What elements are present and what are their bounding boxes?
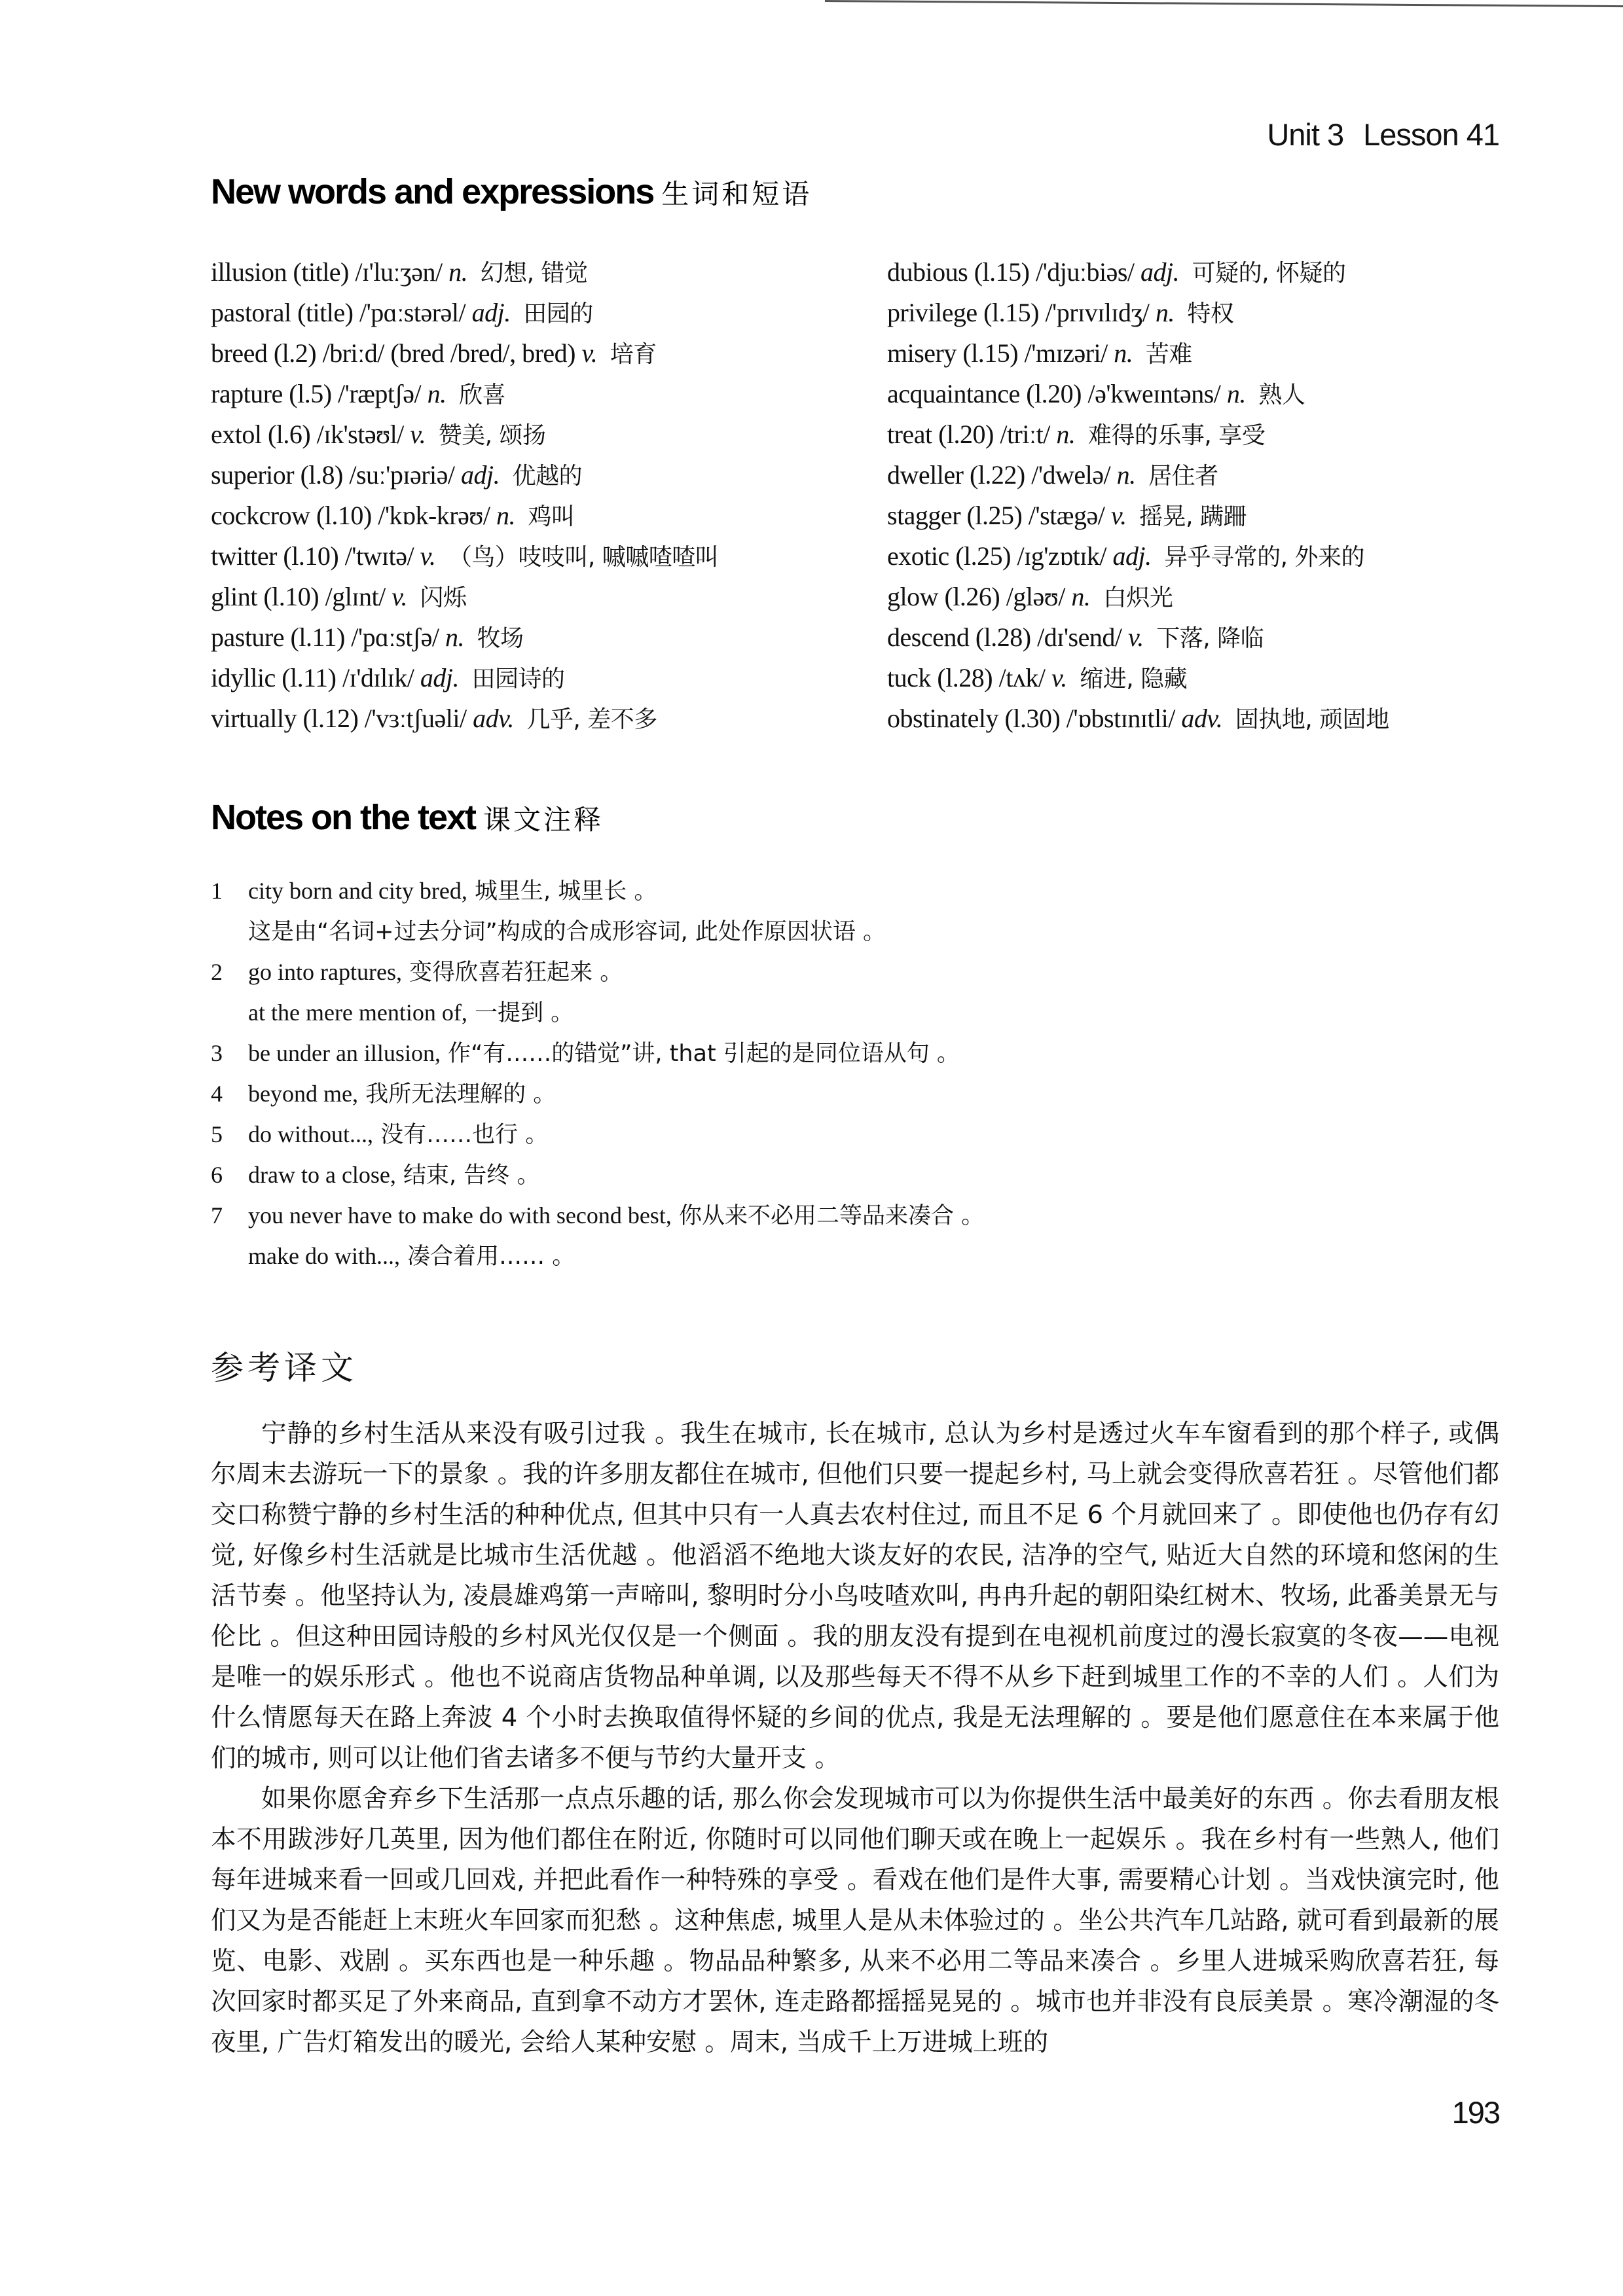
vocab-pronunciation: /briːd/ (bred /bred/, bred) (323, 338, 575, 368)
vocab-line-ref: (l.11) (291, 622, 345, 652)
vocab-word: glow (887, 582, 938, 611)
note-number: 3 (211, 1033, 230, 1073)
vocab-line-ref: (l.15) (962, 338, 1018, 368)
note-number: 2 (211, 952, 230, 992)
vocab-pronunciation: /ɪg'zɒtɪk/ (1017, 541, 1106, 571)
vocab-part-of-speech: n. (1117, 460, 1136, 490)
vocab-word: virtually (211, 704, 297, 733)
vocab-word: twitter (211, 541, 277, 571)
vocab-meaning: 闪烁 (420, 584, 466, 611)
vocab-meaning: 熟人 (1258, 382, 1305, 408)
vocab-part-of-speech: adv. (473, 704, 514, 733)
note-explanation-zh: 城里生, 城里长 。 (467, 878, 657, 905)
vocab-meaning: 下落, 降临 (1156, 625, 1264, 652)
vocab-word: obstinately (887, 704, 998, 733)
vocab-part-of-speech: adj. (420, 663, 459, 692)
vocab-pronunciation: /'mɪzəri/ (1025, 338, 1108, 368)
note-phrase-en: do without..., (248, 1121, 373, 1147)
notes-heading: Notes on the text课文注释 (211, 797, 604, 838)
notes-title: Notes on the text (211, 798, 475, 837)
vocab-pronunciation: /ə'kweɪntəns/ (1088, 379, 1221, 408)
note-text: go into raptures, 变得欣喜若狂起来 。 (248, 952, 623, 993)
note-phrase-en: be under an illusion, (248, 1040, 441, 1066)
note-explanation-zh: 变得欣喜若狂起来 。 (402, 960, 623, 986)
vocab-pronunciation: /dɪ'send/ (1037, 622, 1122, 652)
vocab-part-of-speech: adj. (1112, 541, 1151, 571)
vocab-meaning: 摇晃, 蹒跚 (1139, 503, 1247, 530)
note-explanation-zh: 结束, 告终 。 (396, 1162, 540, 1189)
note-text: be under an illusion, 作“有……的错觉”讲, that 引… (248, 1033, 960, 1074)
vocab-pronunciation: /'pɑːstərəl/ (359, 298, 465, 327)
vocab-line-ref: (l.6) (268, 420, 310, 449)
vocab-pronunciation: /'twɪtə/ (345, 541, 414, 571)
note-text: 这是由“名词+过去分词”构成的合成形容词, 此处作原因状语 。 (248, 911, 886, 952)
note-number: 7 (211, 1195, 230, 1236)
vocab-line-ref: (l.15) (983, 298, 1039, 327)
note-text: make do with..., 凑合着用…… 。 (248, 1236, 575, 1277)
vocab-entry: glint (l.10) /glɪnt/ v. 闪烁 (211, 577, 718, 617)
vocab-part-of-speech: adj. (472, 298, 511, 327)
translation-heading: 参考译文 (211, 1342, 357, 1389)
vocab-meaning: 鸡叫 (528, 503, 574, 530)
vocab-word: extol (211, 420, 261, 449)
vocab-word: descend (887, 622, 969, 652)
vocab-word: dweller (887, 460, 963, 490)
vocab-entry: obstinately (l.30) /'ɒbstɪnɪtli/ adv. 固执… (887, 698, 1389, 739)
vocab-word: acquaintance (887, 379, 1020, 408)
note-explanation-zh: 凑合着用…… 。 (400, 1244, 575, 1270)
vocab-part-of-speech: adj. (461, 460, 500, 490)
vocab-part-of-speech: n. (1056, 420, 1075, 449)
vocab-entry: acquaintance (l.20) /ə'kweɪntəns/ n. 熟人 (887, 374, 1389, 414)
vocab-part-of-speech: adj. (1140, 257, 1179, 287)
vocab-meaning: 难得的乐事, 享受 (1088, 422, 1265, 449)
vocab-meaning: 白炽光 (1103, 584, 1173, 611)
vocab-entry: superior (l.8) /suː'pɪəriə/ adj. 优越的 (211, 455, 718, 495)
vocab-pronunciation: /ɪ'luːʒən/ (355, 257, 442, 287)
new-words-title: New words and expressions (211, 172, 653, 211)
note-phrase-en: make do with..., (248, 1243, 400, 1269)
note-phrase-en: draw to a close, (248, 1162, 396, 1188)
vocab-line-ref: (l.26) (945, 582, 1000, 611)
unit-label: Unit 3 (1267, 117, 1343, 152)
vocab-meaning: 赞美, 颂扬 (439, 422, 546, 449)
note-explanation-zh: 你从来不必用二等品来凑合 。 (672, 1203, 984, 1229)
vocab-part-of-speech: n. (1156, 298, 1175, 327)
vocab-line-ref: (title) (297, 298, 353, 327)
vocab-entry: tuck (l.28) /tʌk/ v. 缩进, 隐藏 (887, 658, 1389, 698)
vocab-pronunciation: /'vɜːtʃuəli/ (365, 704, 467, 733)
note-number: 6 (211, 1155, 230, 1195)
vocab-entry: misery (l.15) /'mɪzəri/ n. 苦难 (887, 333, 1389, 374)
translation-body: 宁静的乡村生活从来没有吸引过我 。我生在城市, 长在城市, 总认为乡村是透过火车… (211, 1414, 1499, 2063)
lesson-label: Lesson 41 (1363, 117, 1499, 152)
vocab-pronunciation: /'kɒk-krəʊ/ (378, 501, 490, 530)
vocab-pronunciation: /'prɪvɪlɪdʒ/ (1045, 298, 1149, 327)
vocab-entry: extol (l.6) /ɪk'stəʊl/ v. 赞美, 颂扬 (211, 414, 718, 455)
translation-paragraph: 宁静的乡村生活从来没有吸引过我 。我生在城市, 长在城市, 总认为乡村是透过火车… (211, 1414, 1499, 1779)
vocab-pronunciation: /triːt/ (1000, 420, 1050, 449)
vocab-line-ref: (title) (293, 257, 349, 287)
vocab-line-ref: (l.10) (316, 501, 372, 530)
vocab-word: idyllic (211, 663, 276, 692)
vocab-part-of-speech: v. (581, 338, 597, 368)
vocab-word: tuck (887, 663, 931, 692)
vocab-entry: breed (l.2) /briːd/ (bred /bred/, bred) … (211, 333, 718, 374)
note-number: 1 (211, 870, 230, 911)
vocab-entry: idyllic (l.11) /ɪ'dɪlɪk/ adj. 田园诗的 (211, 658, 718, 698)
vocab-meaning: 特权 (1187, 300, 1233, 327)
vocab-meaning: 可疑的, 怀疑的 (1192, 260, 1346, 287)
vocab-meaning: 固执地, 顽固地 (1235, 706, 1389, 733)
vocab-meaning: 几乎, 差不多 (526, 706, 657, 733)
vocab-pronunciation: /'djuːbiəs/ (1036, 257, 1135, 287)
note-number: 5 (211, 1114, 230, 1155)
note-text: do without..., 没有……也行 。 (248, 1114, 548, 1155)
vocab-part-of-speech: n. (1227, 379, 1246, 408)
note-explanation-zh: 我所无法理解的 。 (358, 1081, 556, 1107)
translation-paragraph: 如果你愿舍弃乡下生活那一点点乐趣的话, 那么你会发现城市可以为你提供生活中最美好… (211, 1779, 1499, 2063)
note-phrase-en: you never have to make do with second be… (248, 1202, 672, 1229)
vocab-line-ref: (l.5) (289, 379, 331, 408)
vocab-entry: descend (l.28) /dɪ'send/ v. 下落, 降临 (887, 617, 1389, 658)
page-number: 193 (1452, 2094, 1499, 2130)
vocab-entry: dweller (l.22) /'dwelə/ n. 居住者 (887, 455, 1389, 495)
vocab-word: pastoral (211, 298, 291, 327)
vocab-word: superior (211, 460, 294, 490)
note-explanation-zh: 没有……也行 。 (373, 1122, 548, 1148)
vocab-word: pasture (211, 622, 284, 652)
vocab-entry: pasture (l.11) /'pɑːstʃə/ n. 牧场 (211, 617, 718, 658)
vocab-entry: treat (l.20) /triːt/ n. 难得的乐事, 享受 (887, 414, 1389, 455)
vocab-word: illusion (211, 257, 287, 287)
vocab-entry: privilege (l.15) /'prɪvɪlɪdʒ/ n. 特权 (887, 293, 1389, 333)
note-explanation-zh: 作“有……的错觉”讲, that 引起的是同位语从句 。 (441, 1041, 960, 1067)
vocab-entry: exotic (l.25) /ɪg'zɒtɪk/ adj. 异乎寻常的, 外来的 (887, 536, 1389, 577)
note-text: city born and city bred, 城里生, 城里长 。 (248, 870, 657, 912)
vocab-word: misery (887, 338, 957, 368)
vocab-line-ref: (l.20) (938, 420, 994, 449)
vocab-list-left: illusion (title) /ɪ'luːʒən/ n. 幻想, 错觉pas… (211, 252, 718, 739)
vocab-word: rapture (211, 379, 283, 408)
vocab-pronunciation: /tʌk/ (999, 663, 1046, 692)
vocab-part-of-speech: v. (392, 582, 407, 611)
vocab-line-ref: (l.30) (1005, 704, 1061, 733)
note-phrase-en: at the mere mention of, (248, 999, 467, 1026)
vocab-part-of-speech: v. (420, 541, 436, 571)
note-number: 4 (211, 1073, 230, 1114)
vocab-line-ref: (l.8) (301, 460, 343, 490)
vocab-pronunciation: /glɪnt/ (325, 582, 386, 611)
notes-title-zh: 课文注释 (483, 804, 604, 836)
note-text: at the mere mention of, 一提到 。 (248, 992, 574, 1033)
vocab-pronunciation: /gləʊ/ (1006, 582, 1065, 611)
vocab-meaning: 缩进, 隐藏 (1080, 666, 1187, 692)
vocab-part-of-speech: n. (428, 379, 447, 408)
note-phrase-en: beyond me, (248, 1081, 358, 1107)
vocab-meaning: 居住者 (1148, 463, 1218, 490)
vocab-entry: virtually (l.12) /'vɜːtʃuəli/ adv. 几乎, 差… (211, 698, 718, 739)
vocab-entry: twitter (l.10) /'twɪtə/ v. （鸟）吱吱叫, 嘁嘁喳喳叫 (211, 536, 718, 577)
vocab-meaning: 田园诗的 (472, 666, 565, 692)
vocab-part-of-speech: v. (1111, 501, 1127, 530)
vocab-entry: rapture (l.5) /'ræptʃə/ n. 欣喜 (211, 374, 718, 414)
vocab-pronunciation: /ɪ'dɪlɪk/ (342, 663, 414, 692)
vocab-entry: illusion (title) /ɪ'luːʒən/ n. 幻想, 错觉 (211, 252, 718, 293)
new-words-title-zh: 生词和短语 (661, 178, 812, 210)
vocab-meaning: 异乎寻常的, 外来的 (1164, 544, 1364, 571)
vocab-meaning: 培育 (610, 341, 657, 368)
vocab-part-of-speech: v. (410, 420, 426, 449)
vocab-list-right: dubious (l.15) /'djuːbiəs/ adj. 可疑的, 怀疑的… (887, 252, 1389, 739)
vocab-line-ref: (l.12) (303, 704, 359, 733)
vocab-line-ref: (l.10) (283, 541, 338, 571)
vocab-part-of-speech: adv. (1181, 704, 1222, 733)
vocab-line-ref: (l.2) (274, 338, 316, 368)
vocab-entry: cockcrow (l.10) /'kɒk-krəʊ/ n. 鸡叫 (211, 495, 718, 536)
note-explanation-zh: 一提到 。 (467, 1000, 574, 1026)
vocab-word: breed (211, 338, 267, 368)
vocab-meaning: 牧场 (477, 625, 524, 652)
note-explanation-zh: 这是由“名词+过去分词”构成的合成形容词, 此处作原因状语 。 (248, 919, 886, 945)
vocab-meaning: 优越的 (513, 463, 583, 490)
vocab-word: glint (211, 582, 257, 611)
vocab-pronunciation: /'stægə/ (1029, 501, 1105, 530)
vocab-line-ref: (l.25) (967, 501, 1023, 530)
vocab-entry: glow (l.26) /gləʊ/ n. 白炽光 (887, 577, 1389, 617)
vocab-word: exotic (887, 541, 949, 571)
vocab-part-of-speech: n. (448, 257, 467, 287)
vocab-line-ref: (l.11) (282, 663, 336, 692)
vocab-pronunciation: /'ɒbstɪnɪtli/ (1067, 704, 1175, 733)
vocab-part-of-speech: v. (1051, 663, 1067, 692)
note-text: beyond me, 我所无法理解的 。 (248, 1073, 556, 1115)
vocab-part-of-speech: v. (1128, 622, 1144, 652)
new-words-heading: New words and expressions生词和短语 (211, 171, 812, 212)
vocab-pronunciation: /'dwelə/ (1031, 460, 1110, 490)
vocab-entry: pastoral (title) /'pɑːstərəl/ adj. 田园的 (211, 293, 718, 333)
vocab-meaning: （鸟）吱吱叫, 嘁嘁喳喳叫 (448, 544, 718, 571)
note-phrase-en: city born and city bred, (248, 878, 467, 904)
vocab-line-ref: (l.15) (974, 257, 1030, 287)
scan-edge-line (825, 0, 1623, 11)
vocab-pronunciation: /'pɑːstʃə/ (351, 622, 439, 652)
vocab-meaning: 田园的 (523, 300, 593, 327)
vocab-word: dubious (887, 257, 968, 287)
note-phrase-en: go into raptures, (248, 959, 402, 985)
running-head: Unit 3Lesson 41 (1267, 117, 1499, 152)
vocab-entry: stagger (l.25) /'stægə/ v. 摇晃, 蹒跚 (887, 495, 1389, 536)
vocab-pronunciation: /suː'pɪəriə/ (349, 460, 454, 490)
note-text: you never have to make do with second be… (248, 1195, 984, 1236)
vocab-line-ref: (l.28) (937, 663, 993, 692)
vocab-word: stagger (887, 501, 960, 530)
vocab-part-of-speech: n. (445, 622, 464, 652)
note-text: draw to a close, 结束, 告终 。 (248, 1155, 539, 1196)
vocab-part-of-speech: n. (1071, 582, 1090, 611)
vocab-line-ref: (l.22) (970, 460, 1025, 490)
vocab-part-of-speech: n. (496, 501, 515, 530)
vocab-line-ref: (l.10) (263, 582, 319, 611)
vocab-meaning: 幻想, 错觉 (481, 260, 588, 287)
vocab-line-ref: (l.20) (1026, 379, 1082, 408)
vocab-line-ref: (l.28) (976, 622, 1031, 652)
vocab-pronunciation: /'ræptʃə/ (338, 379, 421, 408)
vocab-word: cockcrow (211, 501, 310, 530)
vocab-line-ref: (l.25) (955, 541, 1011, 571)
vocab-entry: dubious (l.15) /'djuːbiəs/ adj. 可疑的, 怀疑的 (887, 252, 1389, 293)
vocab-meaning: 欣喜 (459, 382, 505, 408)
vocab-meaning: 苦难 (1146, 341, 1192, 368)
vocab-word: treat (887, 420, 932, 449)
vocab-word: privilege (887, 298, 977, 327)
vocab-pronunciation: /ɪk'stəʊl/ (317, 420, 404, 449)
vocab-part-of-speech: n. (1114, 338, 1133, 368)
